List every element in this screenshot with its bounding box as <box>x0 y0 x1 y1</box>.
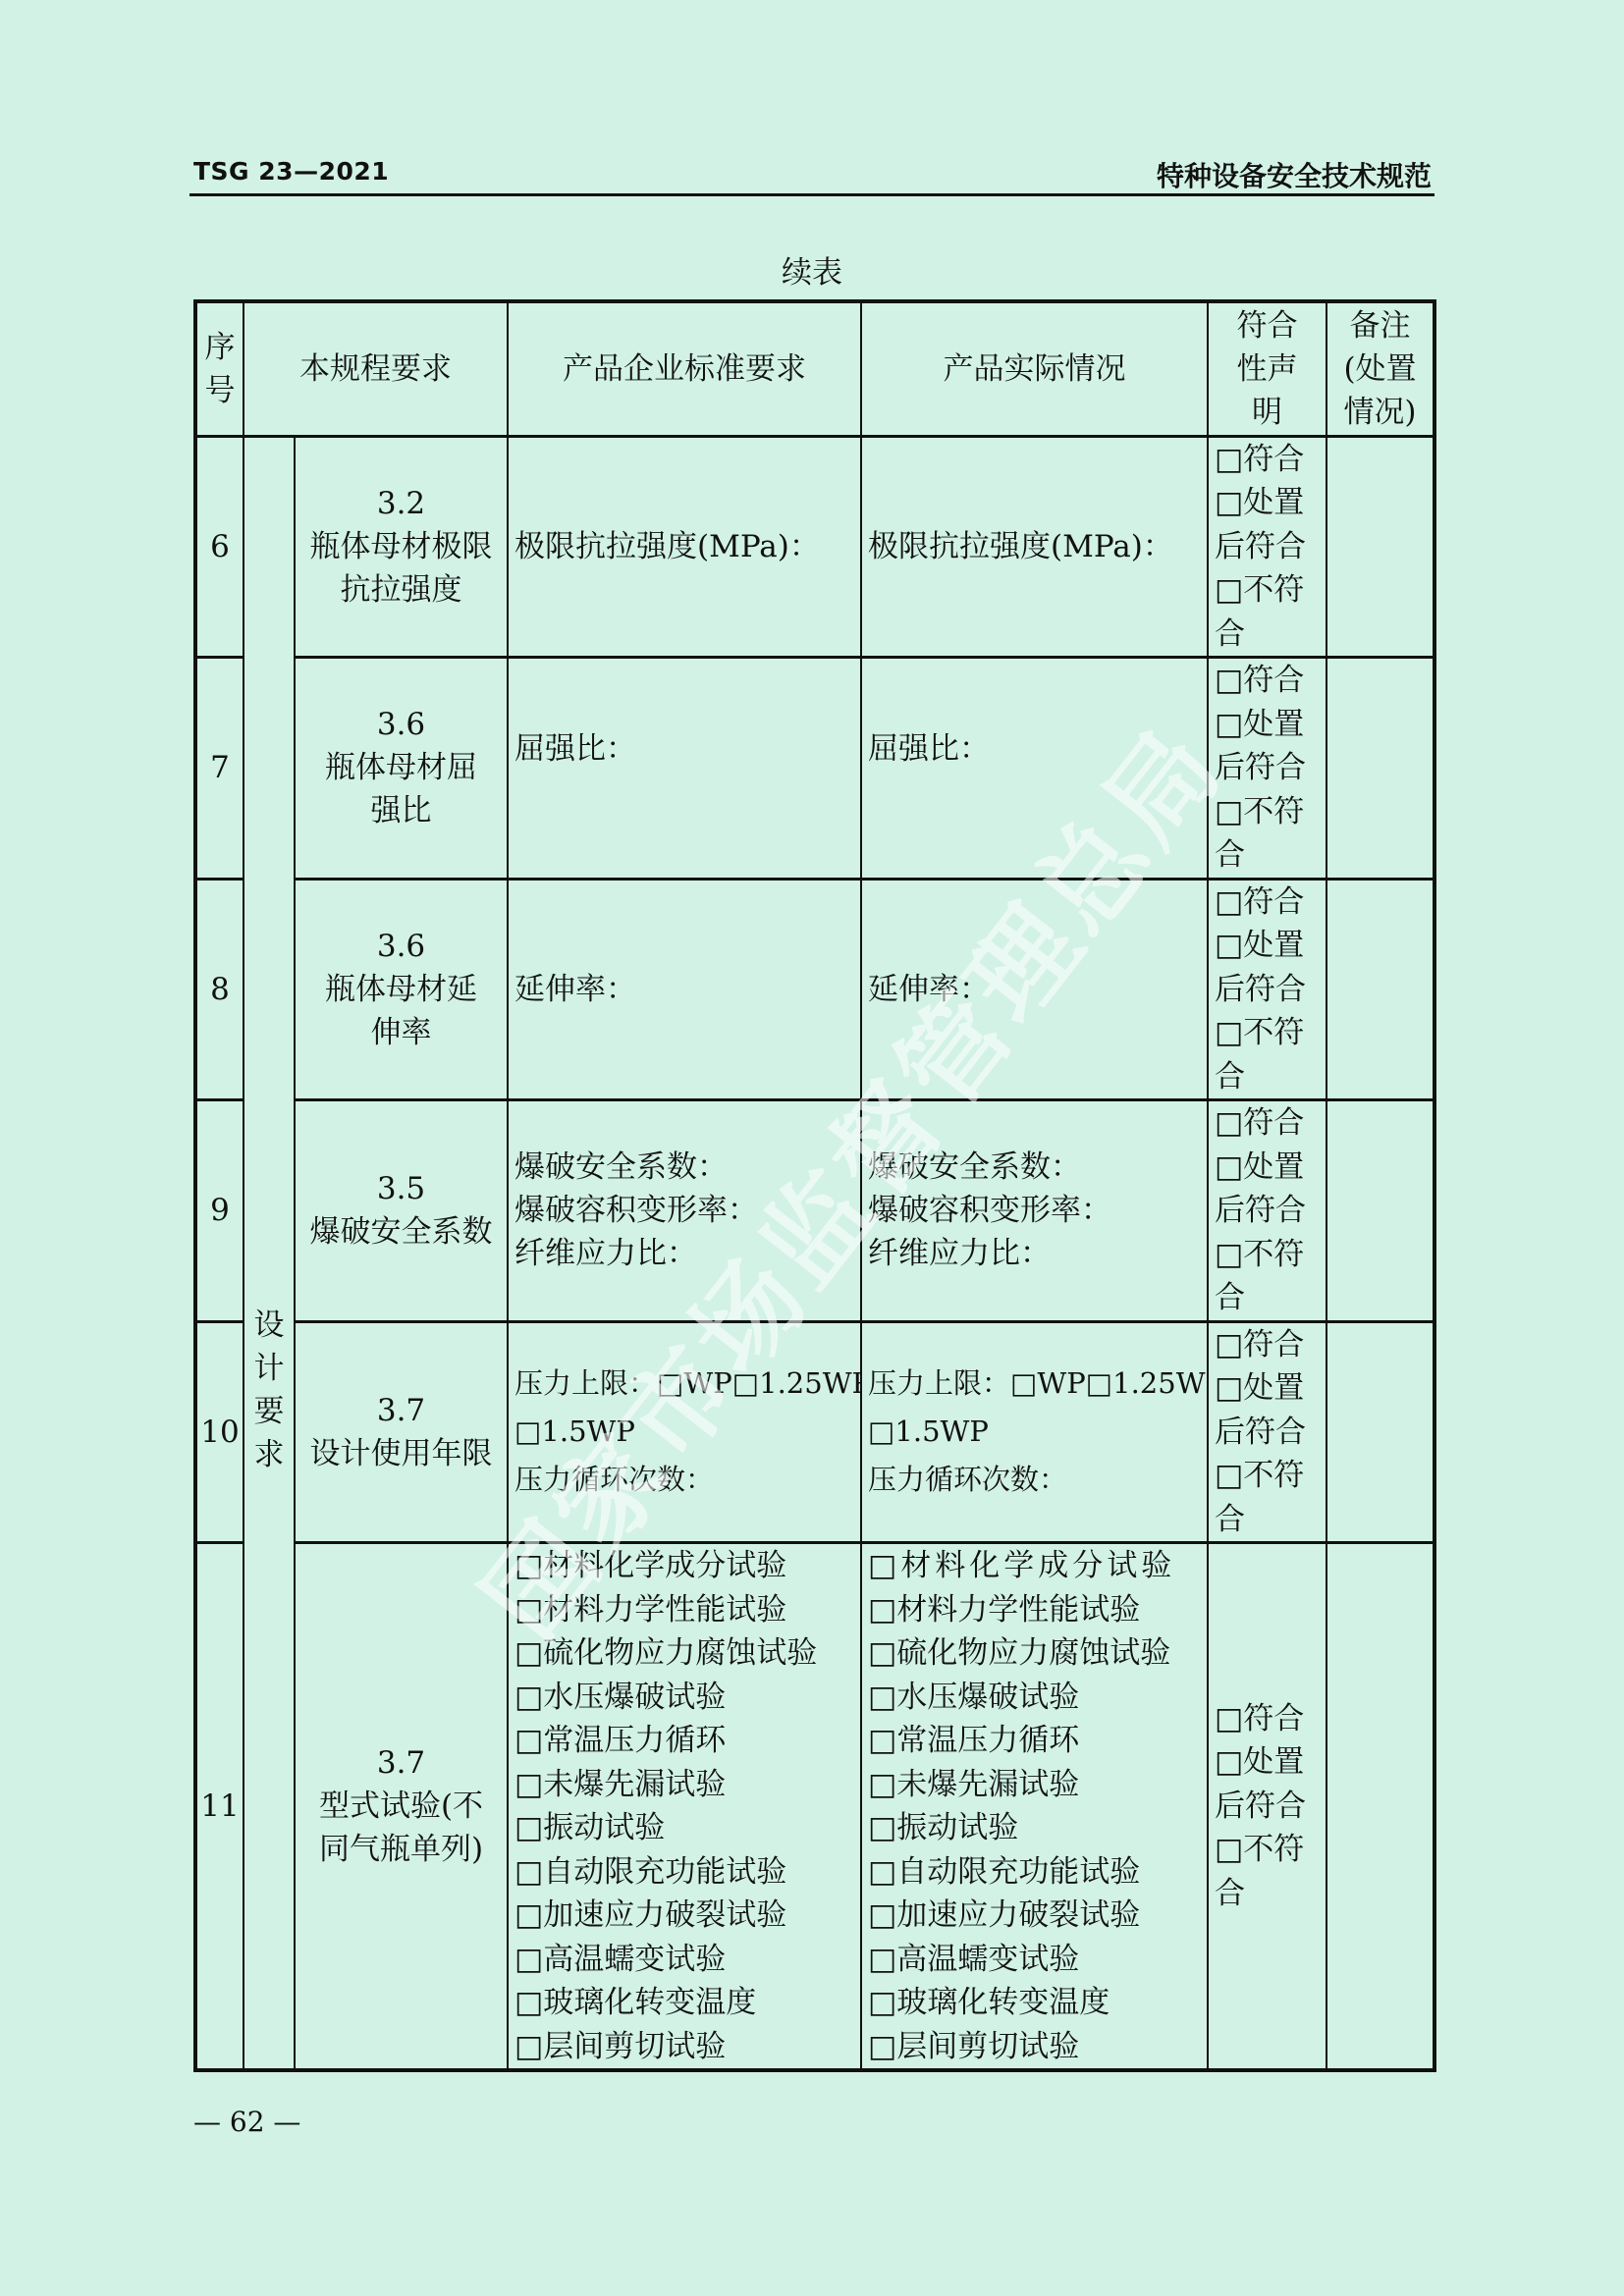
checkbox-test-item[interactable]: □玻璃化转变温度 <box>514 1981 854 2025</box>
table-caption: 续表 <box>0 247 1624 292</box>
enterprise-line: 极限抗拉强度(MPa)： <box>514 525 854 568</box>
actual-line: 屈强比： <box>868 727 1201 771</box>
checkbox-test-item[interactable]: □层间剪切试验 <box>868 2025 1201 2069</box>
checkbox-test-item[interactable]: □水压爆破试验 <box>514 1676 854 1720</box>
header-seq: 序号 <box>195 301 244 436</box>
checkbox-test-item[interactable]: □材料力学性能试验 <box>514 1588 854 1632</box>
checkbox-conform[interactable]: □符合 <box>1215 1697 1326 1741</box>
series-title: 特种设备安全技术规范 <box>1157 155 1432 194</box>
after-disposal-label: 后符合 <box>1215 1785 1326 1829</box>
group-label: 设计要求 <box>254 1304 285 1476</box>
checkbox-nonconform[interactable]: □不符 <box>1215 568 1326 613</box>
clause-number: 3.6 <box>317 703 485 746</box>
checkbox-test-item[interactable]: □未爆先漏试验 <box>868 1763 1201 1807</box>
checkbox-nonconform[interactable]: □不符 <box>1215 1828 1326 1872</box>
checkbox-test-item[interactable]: □高温蠕变试验 <box>868 1938 1201 1982</box>
checkbox-conform[interactable]: □符合 <box>1215 1323 1326 1367</box>
enterprise-line: 屈强比： <box>514 727 854 771</box>
enterprise-line: 延伸率： <box>514 968 854 1011</box>
header-regulation: 本规程要求 <box>244 301 508 436</box>
after-disposal-label: 后符合 <box>1215 746 1326 790</box>
checkbox-test-item[interactable]: □未爆先漏试验 <box>514 1763 854 1807</box>
regulation-cell: 3.6 瓶体母材屈强比 <box>295 658 508 880</box>
clause-number: 3.7 <box>309 1741 493 1785</box>
actual-line: 延伸率： <box>868 968 1201 1011</box>
row-seq: 10 <box>195 1321 244 1543</box>
enterprise-line: 压力循环次数： <box>514 1456 858 1504</box>
checkbox-test-item[interactable]: □振动试验 <box>868 1806 1201 1850</box>
actual-cell[interactable]: 压力上限：□WP□1.25WP □1.5WP 压力循环次数： <box>861 1321 1208 1543</box>
checkbox-test-item[interactable]: □自动限充功能试验 <box>868 1850 1201 1895</box>
nonconform-label: 合 <box>1215 1276 1326 1320</box>
nonconform-label: 合 <box>1215 1498 1326 1542</box>
checkbox-after-disposal[interactable]: □处置 <box>1215 1366 1326 1411</box>
actual-test-list: □材料化学成分试验 □材料力学性能试验 □硫化物应力腐蚀试验 □水压爆破试验 □… <box>861 1543 1208 2071</box>
remarks-cell[interactable] <box>1326 1321 1435 1543</box>
checkbox-test-item[interactable]: □加速应力破裂试验 <box>868 1894 1201 1938</box>
clause-item: 设计使用年限 <box>298 1432 505 1475</box>
actual-line: 爆破安全系数： <box>868 1146 1201 1189</box>
actual-line: 爆破容积变形率： <box>868 1189 1201 1232</box>
conformity-cell: □符合 □处置 后符合 □不符 合 <box>1208 1100 1326 1322</box>
regulation-cell: 3.7 设计使用年限 <box>295 1321 508 1543</box>
conformity-cell: □符合 □处置 后符合 □不符 合 <box>1208 1321 1326 1543</box>
table-row: 7 3.6 瓶体母材屈强比 屈强比： 屈强比： □符合 □处置 后符合 □不符 … <box>195 658 1435 880</box>
clause-item: 型式试验(不同气瓶单列) <box>309 1785 493 1871</box>
enterprise-cell[interactable]: 屈强比： <box>508 658 861 880</box>
checkbox-test-item[interactable]: □材料化学成分试验 <box>868 1544 1201 1588</box>
header-seq-label: 序号 <box>205 326 236 412</box>
clause-item: 瓶体母材极限抗拉强度 <box>301 525 501 612</box>
actual-line: 极限抗拉强度(MPa)： <box>868 525 1201 568</box>
nonconform-label: 合 <box>1215 1872 1326 1916</box>
table-row: 11 3.7 型式试验(不同气瓶单列) □材料化学成分试验 □材料力学性能试验 … <box>195 1543 1435 2071</box>
checkbox-after-disposal[interactable]: □处置 <box>1215 924 1326 968</box>
actual-line: □1.5WP <box>868 1408 1205 1456</box>
nonconform-label: 合 <box>1215 613 1326 657</box>
actual-line: 压力循环次数： <box>868 1456 1205 1504</box>
checkbox-test-item[interactable]: □水压爆破试验 <box>868 1676 1201 1720</box>
checkbox-nonconform[interactable]: □不符 <box>1215 1011 1326 1055</box>
checkbox-test-item[interactable]: □常温压力循环 <box>514 1719 854 1763</box>
row-seq: 11 <box>195 1543 244 2071</box>
enterprise-cell[interactable]: 压力上限：□WP□1.25WP □1.5WP 压力循环次数： <box>508 1321 861 1543</box>
checkbox-conform[interactable]: □符合 <box>1215 438 1326 482</box>
checkbox-test-item[interactable]: □振动试验 <box>514 1806 854 1850</box>
checkbox-after-disposal[interactable]: □处置 <box>1215 481 1326 525</box>
regulation-cell: 3.2 瓶体母材极限抗拉强度 <box>295 436 508 658</box>
remarks-cell[interactable] <box>1326 1100 1435 1322</box>
header-actual: 产品实际情况 <box>861 301 1208 436</box>
checkbox-test-item[interactable]: □层间剪切试验 <box>514 2025 854 2069</box>
enterprise-line: 爆破容积变形率： <box>514 1189 854 1232</box>
checkbox-test-item[interactable]: □常温压力循环 <box>868 1719 1201 1763</box>
table-header-row: 序号 本规程要求 产品企业标准要求 产品实际情况 符合性声明 备注(处置情况) <box>195 301 1435 436</box>
enterprise-line: 纤维应力比： <box>514 1232 854 1275</box>
nonconform-label: 合 <box>1215 1055 1326 1099</box>
clause-item: 爆破安全系数 <box>298 1210 505 1254</box>
header-conformity: 符合性声明 <box>1208 301 1326 436</box>
checkbox-after-disposal[interactable]: □处置 <box>1215 1146 1326 1190</box>
conformity-cell: □符合 □处置 后符合 □不符 合 <box>1208 436 1326 658</box>
checkbox-conform[interactable]: □符合 <box>1215 1101 1326 1146</box>
regulation-cell: 3.7 型式试验(不同气瓶单列) <box>295 1543 508 2071</box>
checkbox-after-disposal[interactable]: □处置 <box>1215 1740 1326 1785</box>
checkbox-test-item[interactable]: □玻璃化转变温度 <box>868 1981 1201 2025</box>
table-row: 10 3.7 设计使用年限 压力上限：□WP□1.25WP □1.5WP 压力循… <box>195 1321 1435 1543</box>
conformity-table: 序号 本规程要求 产品企业标准要求 产品实际情况 符合性声明 备注(处置情况) … <box>193 299 1436 2072</box>
page-number: — 62 — <box>193 2106 300 2138</box>
checkbox-test-item[interactable]: □材料化学成分试验 <box>514 1544 854 1588</box>
checkbox-test-item[interactable]: □材料力学性能试验 <box>868 1588 1201 1632</box>
checkbox-test-item[interactable]: □加速应力破裂试验 <box>514 1894 854 1938</box>
clause-number: 3.5 <box>298 1167 505 1210</box>
remarks-cell[interactable] <box>1326 436 1435 658</box>
regulation-cell: 3.5 爆破安全系数 <box>295 1100 508 1322</box>
clause-number: 3.2 <box>301 482 501 525</box>
group-cell: 设计要求 <box>244 436 295 2070</box>
checkbox-test-item[interactable]: □硫化物应力腐蚀试验 <box>868 1631 1201 1676</box>
checkbox-nonconform[interactable]: □不符 <box>1215 1233 1326 1277</box>
clause-item: 瓶体母材屈强比 <box>317 746 485 832</box>
checkbox-nonconform[interactable]: □不符 <box>1215 1454 1326 1498</box>
after-disposal-label: 后符合 <box>1215 1189 1326 1233</box>
actual-line: 压力上限：□WP□1.25WP <box>868 1360 1205 1408</box>
checkbox-test-item[interactable]: □硫化物应力腐蚀试验 <box>514 1631 854 1676</box>
regulation-cell: 3.6 瓶体母材延伸率 <box>295 879 508 1100</box>
enterprise-cell[interactable]: 爆破安全系数： 爆破容积变形率： 纤维应力比： <box>508 1100 861 1322</box>
actual-cell[interactable]: 爆破安全系数： 爆破容积变形率： 纤维应力比： <box>861 1100 1208 1322</box>
actual-line: 纤维应力比： <box>868 1232 1201 1275</box>
clause-number: 3.7 <box>298 1389 505 1432</box>
table-row: 9 3.5 爆破安全系数 爆破安全系数： 爆破容积变形率： 纤维应力比： 爆破安… <box>195 1100 1435 1322</box>
enterprise-cell[interactable]: 极限抗拉强度(MPa)： <box>508 436 861 658</box>
clause-number: 3.6 <box>317 925 485 968</box>
actual-cell[interactable]: 屈强比： <box>861 658 1208 880</box>
clause-item: 瓶体母材延伸率 <box>317 968 485 1054</box>
enterprise-line: 压力上限：□WP□1.25WP <box>514 1360 858 1408</box>
checkbox-test-item[interactable]: □高温蠕变试验 <box>514 1938 854 1982</box>
header-rule <box>189 193 1435 196</box>
table-row: 6 设计要求 3.2 瓶体母材极限抗拉强度 极限抗拉强度(MPa)： 极限抗拉强… <box>195 436 1435 658</box>
remarks-cell[interactable] <box>1326 1543 1435 2071</box>
after-disposal-label: 后符合 <box>1215 968 1326 1012</box>
actual-cell[interactable]: 延伸率： <box>861 879 1208 1100</box>
conformity-cell: □符合 □处置 后符合 □不符 合 <box>1208 1543 1326 2071</box>
row-seq: 8 <box>195 879 244 1100</box>
row-seq: 9 <box>195 1100 244 1322</box>
enterprise-line: □1.5WP <box>514 1408 858 1456</box>
checkbox-test-item[interactable]: □自动限充功能试验 <box>514 1850 854 1895</box>
remarks-cell[interactable] <box>1326 879 1435 1100</box>
conformity-cell: □符合 □处置 后符合 □不符 合 <box>1208 879 1326 1100</box>
doc-code: TSG 23—2021 <box>193 157 389 186</box>
enterprise-cell[interactable]: 延伸率： <box>508 879 861 1100</box>
row-seq: 6 <box>195 436 244 658</box>
checkbox-nonconform[interactable]: □不符 <box>1215 790 1326 834</box>
enterprise-test-list: □材料化学成分试验 □材料力学性能试验 □硫化物应力腐蚀试验 □水压爆破试验 □… <box>508 1543 861 2071</box>
checkbox-conform[interactable]: □符合 <box>1215 659 1326 703</box>
after-disposal-label: 后符合 <box>1215 525 1326 569</box>
checkbox-conform[interactable]: □符合 <box>1215 881 1326 925</box>
actual-cell[interactable]: 极限抗拉强度(MPa)： <box>861 436 1208 658</box>
conformity-cell: □符合 □处置 后符合 □不符 合 <box>1208 658 1326 880</box>
row-seq: 7 <box>195 658 244 880</box>
checkbox-after-disposal[interactable]: □处置 <box>1215 703 1326 747</box>
after-disposal-label: 后符合 <box>1215 1411 1326 1455</box>
table-row: 8 3.6 瓶体母材延伸率 延伸率： 延伸率： □符合 □处置 后符合 □不符 … <box>195 879 1435 1100</box>
enterprise-line: 爆破安全系数： <box>514 1146 854 1189</box>
header-remarks: 备注(处置情况) <box>1326 301 1435 436</box>
header-enterprise-standard: 产品企业标准要求 <box>508 301 861 436</box>
nonconform-label: 合 <box>1215 833 1326 878</box>
remarks-cell[interactable] <box>1326 658 1435 880</box>
